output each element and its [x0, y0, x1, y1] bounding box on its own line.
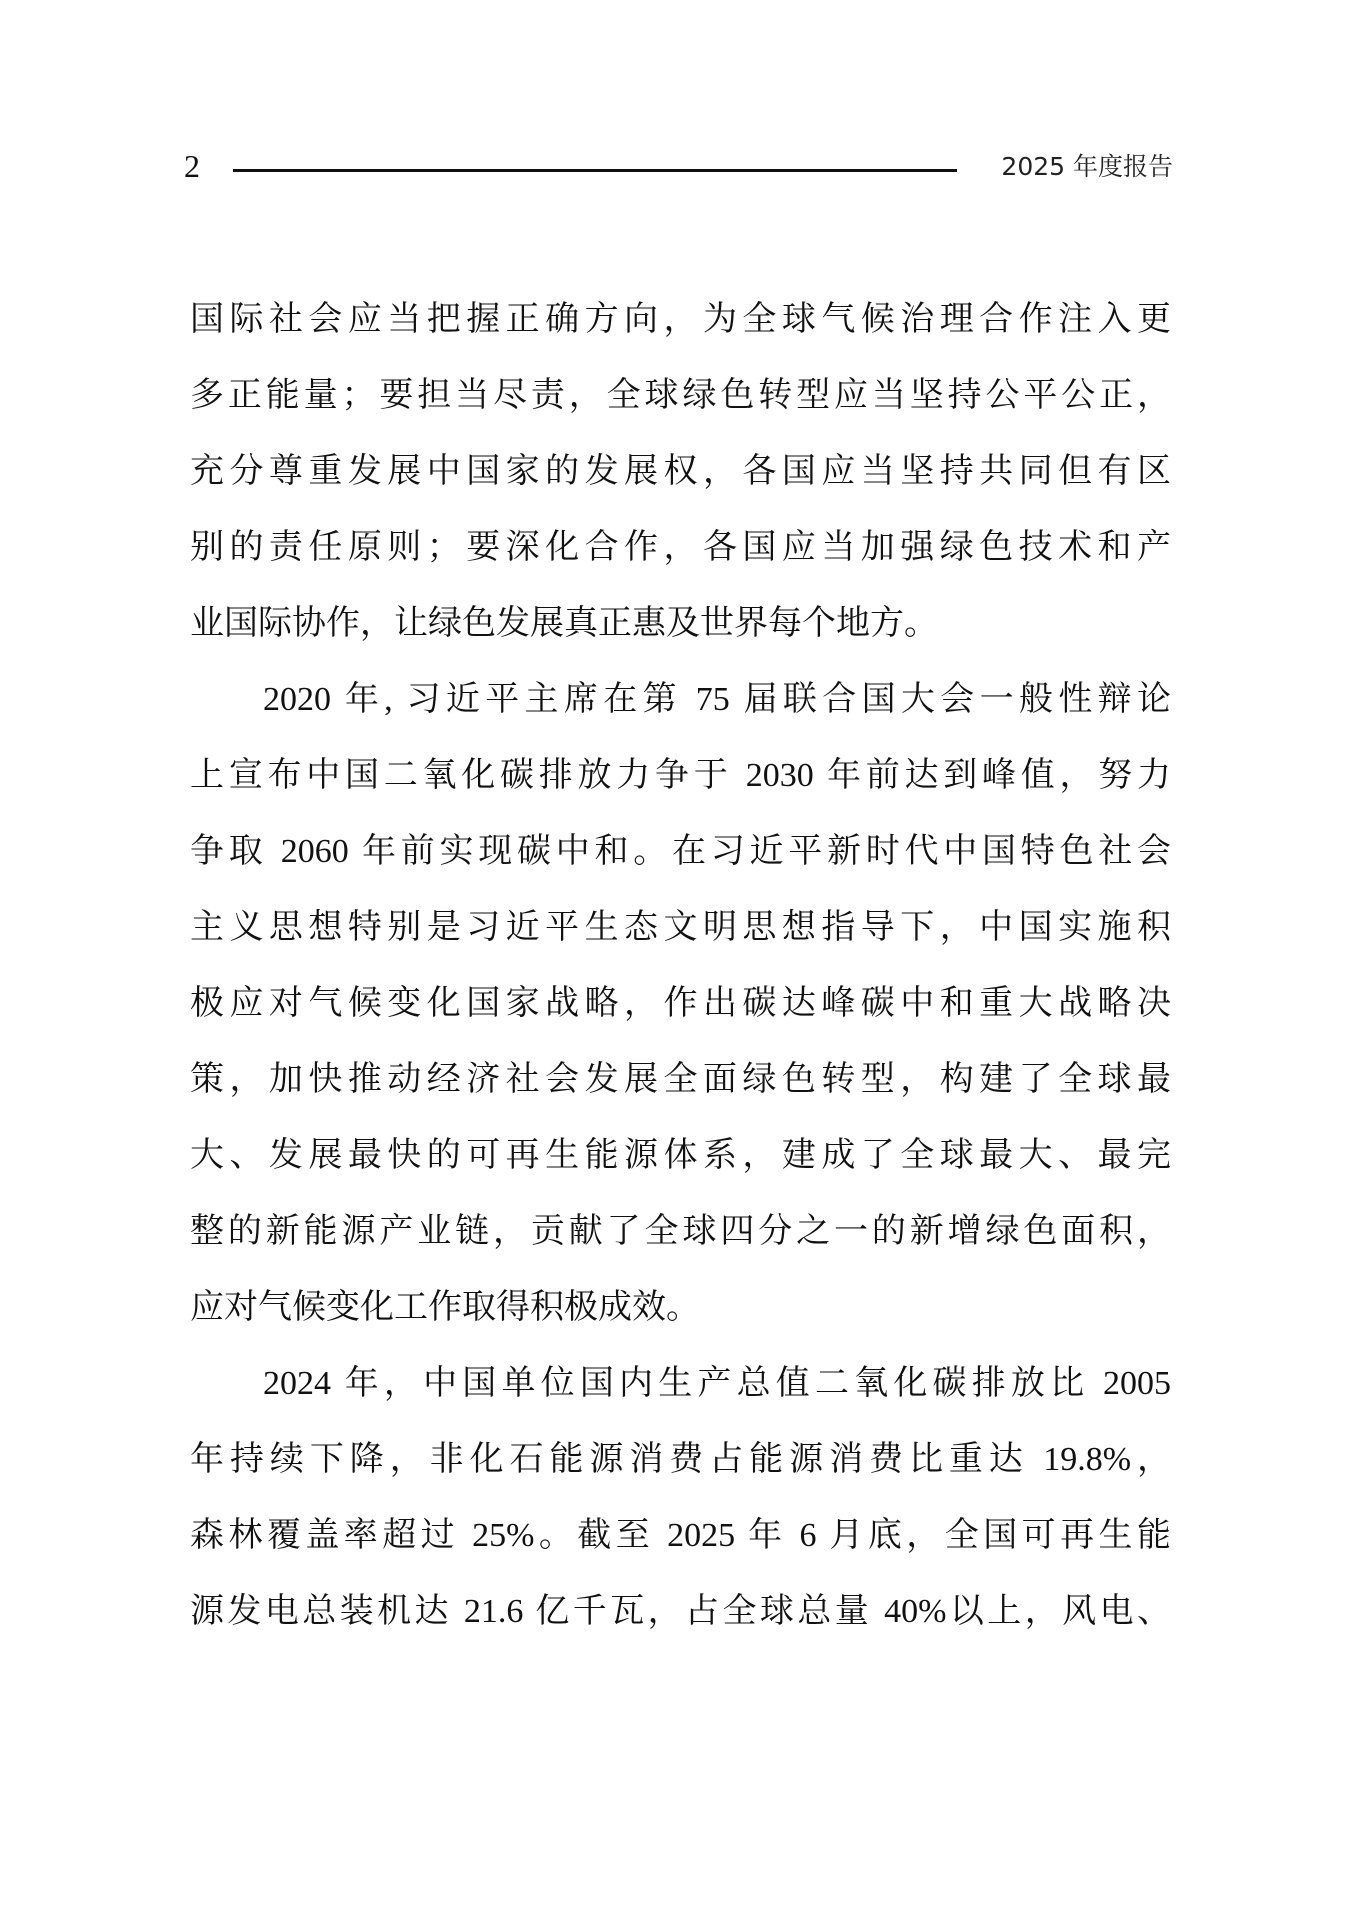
text-line: 应对气候变化工作取得积极成效。 [190, 1286, 1171, 1330]
text-line: 充分尊重发展中国家的发展权，各国应当坚持共同但有区 [190, 450, 1171, 494]
text-line: 上宣布中国二氧化碳排放力争于 2030 年前达到峰值，努力 [190, 754, 1171, 798]
text-line: 国际社会应当把握正确方向，为全球气候治理合作注入更 [190, 298, 1171, 342]
text-line: 2020 年, 习近平主席在第 75 届联合国大会一般性辩论 [263, 678, 1171, 722]
page-number: 2 [184, 146, 200, 186]
text-line: 别的责任原则；要深化合作，各国应当加强绿色技术和产 [190, 526, 1171, 570]
text-line: 极应对气候变化国家战略，作出碳达峰碳中和重大战略决 [190, 982, 1171, 1026]
running-title: 2025 年度报告 [993, 150, 1173, 184]
text-line: 年持续下降，非化石能源消费占能源消费比重达 19.8%， [190, 1438, 1171, 1482]
text-line: 整的新能源产业链，贡献了全球四分之一的新增绿色面积， [190, 1210, 1171, 1254]
text-line: 源发电总装机达 21.6 亿千瓦，占全球总量 40%以上，风电、 [190, 1590, 1171, 1634]
text-line: 大、发展最快的可再生能源体系，建成了全球最大、最完 [190, 1134, 1171, 1178]
text-line: 业国际协作，让绿色发展真正惠及世界每个地方。 [190, 602, 1171, 646]
text-line: 森林覆盖率超过 25%。截至 2025 年 6 月底，全国可再生能 [190, 1514, 1171, 1558]
text-line: 争取 2060 年前实现碳中和。在习近平新时代中国特色社会 [190, 830, 1171, 874]
text-line: 策，加快推动经济社会发展全面绿色转型，构建了全球最 [190, 1058, 1171, 1102]
text-line: 2024 年，中国单位国内生产总值二氧化碳排放比 2005 [263, 1362, 1171, 1406]
text-line: 主义思想特别是习近平生态文明思想指导下，中国实施积 [190, 906, 1171, 950]
header-rule [233, 169, 957, 172]
text-line: 多正能量；要担当尽责，全球绿色转型应当坚持公平公正， [190, 374, 1171, 418]
